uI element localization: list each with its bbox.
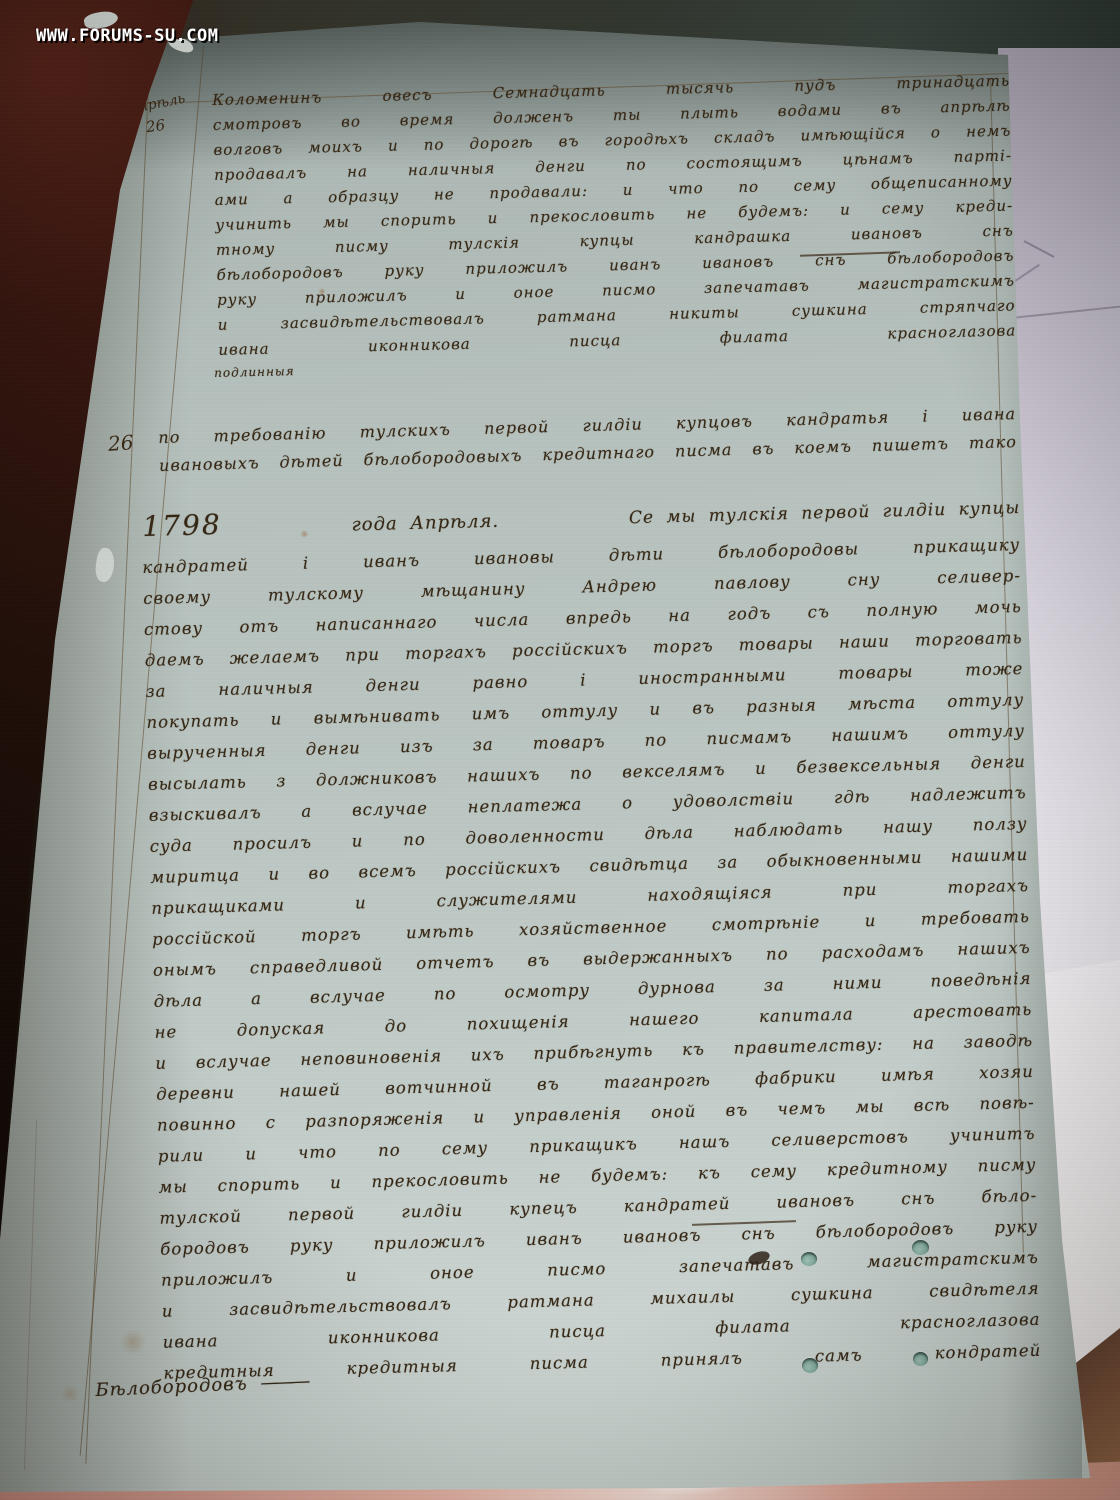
worm-hole <box>802 1358 818 1373</box>
paper-stain <box>60 1386 80 1402</box>
signature-flourish: ——— <box>260 1371 309 1394</box>
worm-hole <box>913 1352 928 1366</box>
manuscript-page: Апрѣль 26 45 26 Коломенинъ овесъ Семнадц… <box>0 0 1120 1500</box>
dateline-opening: Се мы тулскія первой гилдіи купцы <box>629 498 1021 528</box>
manuscript-text-entry2-body: кандратей і иванъ ивановы дѣти бѣлобород… <box>142 529 1042 1389</box>
paper-stain <box>118 1330 148 1354</box>
manuscript-text-entry1: Коломенинъ овесъ Семнадцать тысячь пудъ … <box>212 69 1016 363</box>
entry-number: 26 <box>107 430 134 456</box>
entry1-postscript: подлинныя <box>214 364 295 380</box>
dateline-month: года Апрѣля. <box>351 511 499 536</box>
watermark: WWW.FORUMS-SU.COM <box>36 26 219 46</box>
photo-of-manuscript: Апрѣль 26 45 26 Коломенинъ овесъ Семнадц… <box>0 0 1120 1500</box>
worm-hole <box>801 1252 817 1266</box>
margin-date-day: 26 <box>145 116 166 136</box>
manuscript-text-entry2-header: по требованію тулскихъ первой гилдіи куп… <box>158 400 1017 480</box>
worm-hole <box>912 1240 929 1255</box>
year-1798: 1798 <box>142 508 222 543</box>
